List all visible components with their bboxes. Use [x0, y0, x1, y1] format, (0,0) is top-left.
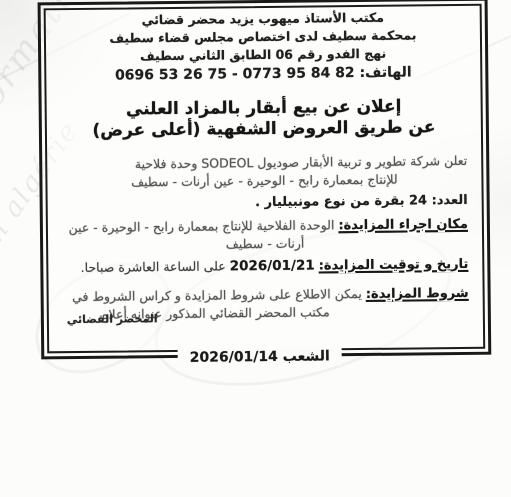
phone-label: الهاتف: [359, 64, 411, 81]
phone-line: الهاتف: 0696 53 26 75 - 0773 95 84 82 [56, 61, 470, 85]
datetime-label: تاريخ و توقيت المزايدة: [319, 256, 469, 273]
auction-datetime-line: تاريخ و توقيت المزايدة: 2026/01/21 على ا… [58, 253, 472, 277]
announcement-content: مكتب الأستاذ ميهوب يزيد محضر قضائي بمحكم… [56, 6, 474, 351]
auction-date: 2026/01/21 [230, 257, 315, 274]
scanned-newspaper-page: l'information en algérie مكتب الأستاذ مي… [0, 0, 511, 497]
auction-time-text: على الساعة العاشرة صباحا. [81, 258, 226, 275]
newspaper-name: الشعب [283, 348, 330, 364]
company-intro-line-2: للإنتاج بمعمارة رابح - الوحيرة - عين أرن… [57, 169, 471, 191]
count-text: 24 بقرة من نوع مونبيليار . [255, 193, 427, 210]
place-label: مكان اجراء المزايدة: [338, 216, 468, 232]
conditions-text: يمكن الاطلاع على شروط المزايدة و كراس ال… [72, 286, 362, 304]
auction-title-line-2: عن طريق العروض الشفهية (أعلى عرض) [57, 116, 471, 141]
bailiff-signature: المحضر القضائي [67, 312, 158, 326]
phone-numbers: 0696 53 26 75 - 0773 95 84 82 [115, 65, 355, 84]
announcement-frame: مكتب الأستاذ ميهوب يزيد محضر قضائي بمحكم… [38, 0, 492, 359]
newspaper-footer: الشعب 2026/01/14 [178, 347, 342, 367]
conditions-label: شروط المزايدة: [366, 285, 469, 301]
count-label: العدد: [432, 192, 468, 207]
place-text: الوحدة الفلاحية للإنتاج بمعمارة رابح - ا… [68, 217, 334, 235]
announcement-inner-border: مكتب الأستاذ ميهوب يزيد محضر قضائي بمحكم… [44, 4, 486, 354]
publish-date: 2026/01/14 [190, 349, 278, 366]
cattle-count-line: العدد: 24 بقرة من نوع مونبيليار . [58, 191, 472, 213]
